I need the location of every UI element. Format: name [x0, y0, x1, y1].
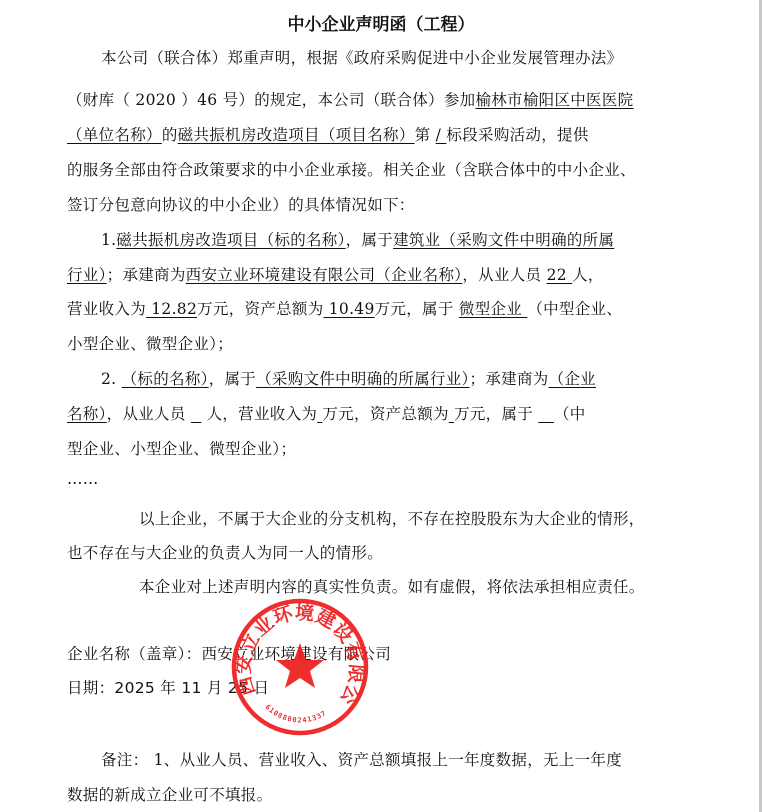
text: 万元，属于 [454, 405, 538, 423]
para1-line5: 签订分包意向协议的中小企业）的具体情况如下： [67, 193, 415, 215]
item1-line4: 小型企业、微型企业）； [67, 332, 233, 354]
text: ；承建商为 [470, 370, 549, 388]
para1-line3: （单位名称）的磁共振机房改造项目（项目名称）第 / 标段采购活动，提供 [67, 123, 589, 145]
unit-name-label: （单位名称） [67, 126, 162, 144]
text: 万元，属于 [375, 300, 459, 318]
company-seal: 西安立业环境建设有限公司 6108800241337 [230, 597, 370, 737]
text: （中型企业、 [527, 300, 622, 318]
text: ，从业人员 [462, 266, 546, 284]
item2-subject-name: （标的名称） [122, 370, 209, 388]
item2-type-blank [538, 405, 554, 423]
text: 第 [415, 126, 436, 144]
para3: 本企业对上述声明内容的真实性负责。如有虚假，将依法承担相应责任。 [139, 575, 645, 597]
item1-contractor: 西安立业环境建设有限公司（企业名称） [186, 266, 463, 284]
item2-line2: 名称），从业人员 人，营业收入为 万元，资产总额为 万元，属于 （中 [67, 402, 586, 424]
para2-line2: 也不存在与大企业的负责人为同一人的情形。 [67, 541, 383, 563]
text: （中 [554, 405, 586, 423]
date-label: 日期： [67, 679, 114, 697]
item1-assets: 10.49 [324, 300, 375, 318]
seal-icon: 西安立业环境建设有限公司 6108800241337 [230, 597, 370, 737]
lot-number: / [436, 126, 447, 144]
note-line2: 数据的新成立企业可不填报。 [67, 783, 272, 805]
date-year: 2025 [114, 679, 155, 697]
item2-line3: 型企业、小型企业、微型企业）； [67, 437, 296, 459]
text: 的 [162, 126, 178, 144]
company-label: 企业名称（盖章）： [67, 645, 201, 663]
para1-line1: 本公司（联合体）郑重声明，根据《政府采购促进中小企业发展管理办法》 [101, 46, 622, 68]
item1-line2: 行业）；承建商为西安立业环境建设有限公司（企业名称），从业人员 22 人， [67, 263, 604, 285]
note-line1: 备注： 1、从业人员、营业收入、资产总额填报上一年度数据，无上一年度 [101, 748, 622, 770]
text: 营业收入为 [67, 300, 146, 318]
date-month: 11 [181, 679, 201, 697]
ellipsis: …… [67, 470, 99, 488]
item2-line1: 2. （标的名称），属于（采购文件中明确的所属行业）；承建商为（企业 [101, 367, 596, 389]
text: （财库（ 2020 ）46 号）的规定，本公司（联合体）参加 [67, 91, 475, 109]
text: 月 [202, 679, 228, 697]
item1-industry-cont: 行业） [67, 266, 107, 284]
project-name: 磁共振机房改造项目（项目名称） [178, 126, 415, 144]
item2-contractor: （企业 [549, 370, 596, 388]
text: 万元，资产总额为 [322, 405, 448, 423]
item1-revenue: 12.82 [146, 300, 197, 318]
para1-line2: （财库（ 2020 ）46 号）的规定，本公司（联合体）参加榆林市榆阳区中医医院 [67, 88, 633, 110]
item-number: 2. [101, 370, 122, 388]
item2-employees-blank [191, 405, 201, 423]
text: ，属于 [209, 370, 256, 388]
text: ，属于 [346, 231, 393, 249]
purchaser-name: 榆林市榆阳区中医医院 [475, 91, 633, 109]
text: 人，营业收入为 [201, 405, 317, 423]
text: ，从业人员 [107, 405, 191, 423]
item1-line3: 营业收入为 12.82万元，资产总额为 10.49万元，属于 微型企业 （中型企… [67, 297, 622, 319]
item1-subject-name: 磁共振机房改造项目（标的名称） [116, 231, 345, 249]
text: ；承建商为 [107, 266, 186, 284]
document-title: 中小企业声明函（工程） [67, 10, 695, 35]
item-number: 1. [101, 231, 116, 249]
text: 年 [155, 679, 181, 697]
para1-line4: 的服务全部由符合政策要求的中小企业承接。相关企业（含联合体中的中小企业、 [67, 158, 636, 180]
item1-industry: 建筑业（采购文件中明确的所属 [393, 231, 614, 249]
text: 标段采购活动，提供 [446, 126, 588, 144]
item2-industry: （采购文件中明确的所属行业） [256, 370, 469, 388]
item1-enterprise-type: 微型企业 [459, 300, 527, 318]
svg-text:6108800241337: 6108800241337 [264, 703, 329, 724]
item2-contractor-cont: 名称） [67, 405, 107, 423]
item1-line1: 1.磁共振机房改造项目（标的名称），属于建筑业（采购文件中明确的所属 [101, 228, 614, 250]
para2-line1: 以上企业，不属于大企业的分支机构，不存在控股股东为大企业的情形， [139, 507, 645, 529]
star-icon [276, 643, 324, 688]
item1-employees: 22 [547, 266, 573, 284]
text: 人， [572, 266, 604, 284]
text: 万元，资产总额为 [197, 300, 323, 318]
